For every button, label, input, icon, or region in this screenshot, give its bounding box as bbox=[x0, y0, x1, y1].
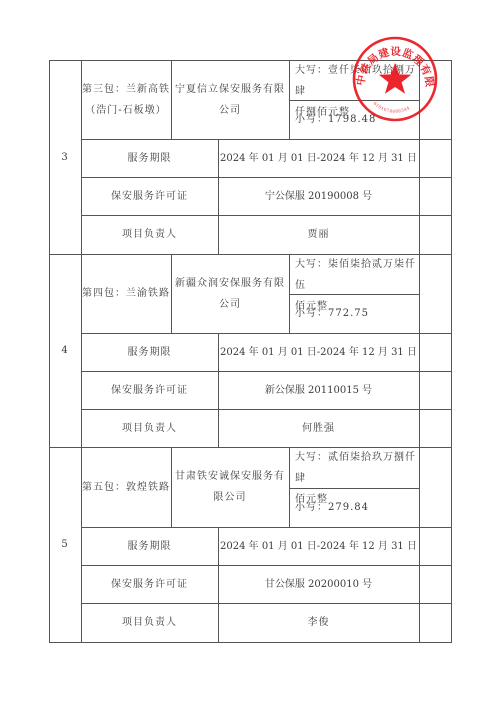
service-period-value: 2024 年 01 月 01 日-2024 年 12 月 31 日 bbox=[220, 536, 417, 557]
license-value-cell: 新公保服 20110015 号 bbox=[218, 371, 419, 409]
package-cell: 第五包：敦煌铁路 bbox=[81, 447, 171, 527]
license-value-cell: 宁公保服 20190008 号 bbox=[218, 177, 419, 215]
project-leader-value: 李俊 bbox=[308, 612, 330, 633]
license-label: 保安服务许可证 bbox=[111, 574, 188, 595]
company-cell: 宁夏信立保安服务有限 公司 bbox=[171, 60, 289, 139]
package-cell: 第四包：兰渝铁路 bbox=[81, 254, 171, 333]
package-section: （浩门-石板墩） bbox=[85, 100, 166, 121]
company-name-line2: 公司 bbox=[219, 100, 241, 121]
row-divider bbox=[81, 333, 452, 334]
project-leader-label-cell: 项目负责人 bbox=[81, 215, 218, 254]
col-divider-remark bbox=[419, 60, 420, 643]
amount-upper-line1: 大写：柒佰柒拾贰万柒仟伍 bbox=[295, 254, 419, 296]
project-leader-value-cell: 何胜强 bbox=[218, 409, 419, 447]
col-divider-package bbox=[171, 254, 172, 333]
project-leader-value: 贾丽 bbox=[308, 224, 330, 245]
amount-upper-cell: 大写：壹仟柒佰玖拾捌万肆 仟捌佰元整 bbox=[289, 60, 419, 100]
service-period-label-cell: 服务期限 bbox=[81, 527, 218, 565]
col-divider-company bbox=[289, 447, 290, 527]
license-label: 保安服务许可证 bbox=[111, 380, 188, 401]
row-divider bbox=[81, 177, 452, 178]
project-leader-label: 项目负责人 bbox=[122, 418, 177, 439]
block-divider bbox=[49, 447, 452, 448]
col-divider-detail bbox=[218, 333, 219, 447]
service-period-value: 2024 年 01 月 01 日-2024 年 12 月 31 日 bbox=[220, 342, 417, 363]
service-period-label: 服务期限 bbox=[128, 148, 172, 169]
amount-lower: 小写：1798.48 bbox=[295, 109, 376, 130]
table-border-top bbox=[49, 60, 452, 61]
amount-lower-cell: 小写：1798.48 bbox=[289, 100, 419, 139]
project-leader-label-cell: 项目负责人 bbox=[81, 409, 218, 447]
col-divider-package bbox=[171, 60, 172, 139]
license-value-cell: 甘公保服 20200010 号 bbox=[218, 565, 419, 603]
row-index: 4 bbox=[61, 340, 68, 361]
amount-upper-line1: 大写：贰佰柒拾玖万捌仟肆 bbox=[295, 447, 419, 489]
table-border-bottom bbox=[49, 642, 452, 643]
document-page: 3 第三包：兰新高铁 （浩门-石板墩） 宁夏信立保安服务有限 公司 大写：壹仟柒… bbox=[0, 0, 500, 707]
service-period-label-cell: 服务期限 bbox=[81, 333, 218, 371]
row-divider bbox=[81, 139, 452, 140]
row-index: 3 bbox=[61, 147, 68, 168]
row-index: 5 bbox=[61, 534, 68, 555]
package-name: 第五包：敦煌铁路 bbox=[82, 477, 170, 498]
table-border-right bbox=[451, 60, 452, 643]
license-value: 宁公保服 20190008 号 bbox=[265, 186, 372, 207]
service-period-label-cell: 服务期限 bbox=[81, 139, 218, 177]
package-cell: 第三包：兰新高铁 （浩门-石板墩） bbox=[81, 60, 171, 139]
col-divider-detail bbox=[218, 527, 219, 642]
company-cell: 新疆众润安保服务有限 公司 bbox=[171, 254, 289, 333]
project-leader-label: 项目负责人 bbox=[122, 612, 177, 633]
block-divider bbox=[49, 254, 452, 255]
project-leader-label: 项目负责人 bbox=[122, 224, 177, 245]
col-divider-detail bbox=[218, 139, 219, 254]
row-index-cell: 5 bbox=[49, 447, 81, 642]
col-divider-package bbox=[171, 447, 172, 527]
company-name-line1: 宁夏信立保安服务有限 bbox=[175, 79, 285, 100]
service-period-value-cell: 2024 年 01 月 01 日-2024 年 12 月 31 日 bbox=[218, 139, 419, 177]
service-period-value-cell: 2024 年 01 月 01 日-2024 年 12 月 31 日 bbox=[218, 527, 419, 565]
amount-lower: 小写：279.84 bbox=[295, 497, 369, 518]
amount-lower-cell: 小写：772.75 bbox=[289, 294, 419, 333]
row-divider bbox=[81, 409, 452, 410]
license-label-cell: 保安服务许可证 bbox=[81, 371, 218, 409]
license-label-cell: 保安服务许可证 bbox=[81, 565, 218, 603]
company-name-line1: 甘肃铁安诚保安服务有 bbox=[175, 466, 285, 487]
service-period-label: 服务期限 bbox=[128, 342, 172, 363]
license-label: 保安服务许可证 bbox=[111, 186, 188, 207]
package-name: 第四包：兰渝铁路 bbox=[82, 283, 170, 304]
project-leader-label-cell: 项目负责人 bbox=[81, 603, 218, 642]
amount-divider bbox=[289, 488, 419, 489]
row-divider bbox=[81, 565, 452, 566]
amount-upper-cell: 大写：柒佰柒拾贰万柒仟伍 佰元整 bbox=[289, 254, 419, 294]
package-name: 第三包：兰新高铁 bbox=[82, 79, 170, 100]
amount-upper-cell: 大写：贰佰柒拾玖万捌仟肆 佰元整 bbox=[289, 447, 419, 488]
license-label-cell: 保安服务许可证 bbox=[81, 177, 218, 215]
project-leader-value-cell: 李俊 bbox=[218, 603, 419, 642]
company-name-line2: 限公司 bbox=[214, 487, 247, 508]
amount-divider bbox=[289, 100, 419, 101]
project-leader-value: 何胜强 bbox=[302, 418, 335, 439]
company-name-line1: 新疆众润安保服务有限 bbox=[175, 273, 285, 294]
row-divider bbox=[81, 527, 452, 528]
amount-lower-cell: 小写：279.84 bbox=[289, 488, 419, 527]
row-divider bbox=[81, 371, 452, 372]
col-divider-index bbox=[81, 60, 82, 643]
license-value: 新公保服 20110015 号 bbox=[265, 380, 372, 401]
service-period-value-cell: 2024 年 01 月 01 日-2024 年 12 月 31 日 bbox=[218, 333, 419, 371]
company-name-line2: 公司 bbox=[219, 294, 241, 315]
company-cell: 甘肃铁安诚保安服务有 限公司 bbox=[171, 447, 289, 527]
row-index-cell: 3 bbox=[49, 60, 81, 254]
project-leader-value-cell: 贾丽 bbox=[218, 215, 419, 254]
license-value: 甘公保服 20200010 号 bbox=[265, 574, 372, 595]
service-period-label: 服务期限 bbox=[128, 536, 172, 557]
amount-divider bbox=[289, 294, 419, 295]
service-period-value: 2024 年 01 月 01 日-2024 年 12 月 31 日 bbox=[220, 148, 417, 169]
amount-lower: 小写：772.75 bbox=[295, 303, 369, 324]
amount-upper-line1: 大写：壹仟柒佰玖拾捌万肆 bbox=[295, 60, 419, 102]
row-index-cell: 4 bbox=[49, 254, 81, 447]
table-border-left bbox=[49, 60, 50, 643]
row-divider bbox=[81, 603, 452, 604]
row-divider bbox=[81, 215, 452, 216]
